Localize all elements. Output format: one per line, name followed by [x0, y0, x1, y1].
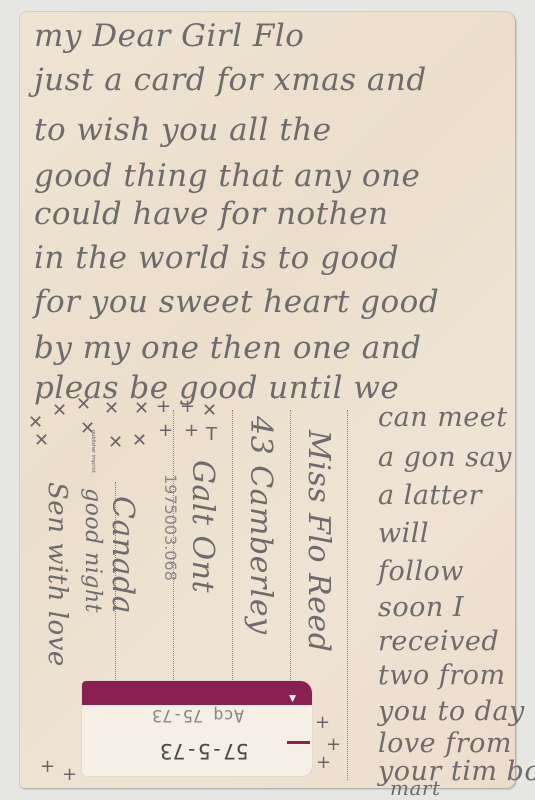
kiss-mark: ✕: [108, 432, 123, 453]
message-line: in the world is to good: [34, 240, 399, 276]
label-accession: Acq 75-73: [152, 705, 244, 725]
message-line: by my one then one and: [34, 330, 422, 366]
message-line: good thing that any one: [34, 158, 420, 194]
postcard: my Dear Girl Flo just a card for xmas an…: [20, 12, 515, 788]
message-line: for you sweet heart good: [34, 284, 439, 320]
closing-line: Sen with love: [42, 482, 72, 667]
pencil-accession: 1975003.068: [161, 474, 180, 581]
kiss-mark: ✕: [34, 430, 49, 451]
message-right-line: soon I: [378, 592, 464, 623]
message-right-line: can meet: [378, 402, 508, 433]
kiss-mark: +: [158, 420, 173, 441]
message-line: my Dear Girl Flo: [34, 18, 304, 54]
message-right-line: will: [378, 518, 429, 549]
kiss-mark: T: [206, 424, 217, 445]
kiss-mark: ✕: [76, 394, 91, 415]
message-line: just a card for xmas and: [34, 62, 427, 98]
divider-line: [290, 410, 291, 720]
kiss-mark: +: [180, 396, 195, 417]
message-right-line: you to day: [378, 696, 525, 727]
address-city: Galt Ont: [185, 460, 220, 593]
address-name: Miss Flo Reed: [301, 430, 336, 652]
message-line: to wish you all the: [34, 112, 332, 148]
message-right-line: received: [378, 626, 499, 657]
message-right-line: love from: [378, 728, 512, 759]
kiss-mark: +: [315, 712, 330, 733]
label-color-bar: [82, 681, 312, 705]
label-tick-mark: [287, 741, 310, 744]
message-right-line: follow: [378, 556, 464, 587]
kiss-mark: +: [316, 752, 331, 773]
kiss-mark: ✕: [104, 398, 119, 419]
kiss-mark: ✕: [202, 400, 217, 421]
kiss-mark: +: [156, 396, 171, 417]
address-street: 43 Camberley: [243, 416, 278, 635]
catalog-label: ▼ Acq 75-73 57-5-73: [82, 681, 312, 776]
kiss-mark: ✕: [52, 400, 67, 421]
kiss-mark: ✕: [134, 398, 149, 419]
closing-line: good night: [80, 488, 105, 613]
kiss-mark: +: [184, 420, 199, 441]
message-line: could have for nothen: [34, 196, 388, 232]
kiss-mark: +: [40, 756, 55, 777]
publisher-imprint: publisher imprint: [90, 430, 96, 473]
message-right-line: a gon say: [378, 442, 512, 473]
kiss-mark: ✕: [132, 430, 147, 451]
kiss-mark: +: [62, 764, 77, 785]
divider-line: [347, 410, 348, 780]
label-number: 57-5-73: [160, 739, 249, 763]
message-right-line: mart: [390, 776, 441, 800]
message-right-line: two from: [378, 660, 506, 691]
address-country: Canada: [105, 496, 140, 614]
message-right-line: a latter: [378, 480, 482, 511]
triangle-marker-icon: ▼: [289, 694, 296, 704]
